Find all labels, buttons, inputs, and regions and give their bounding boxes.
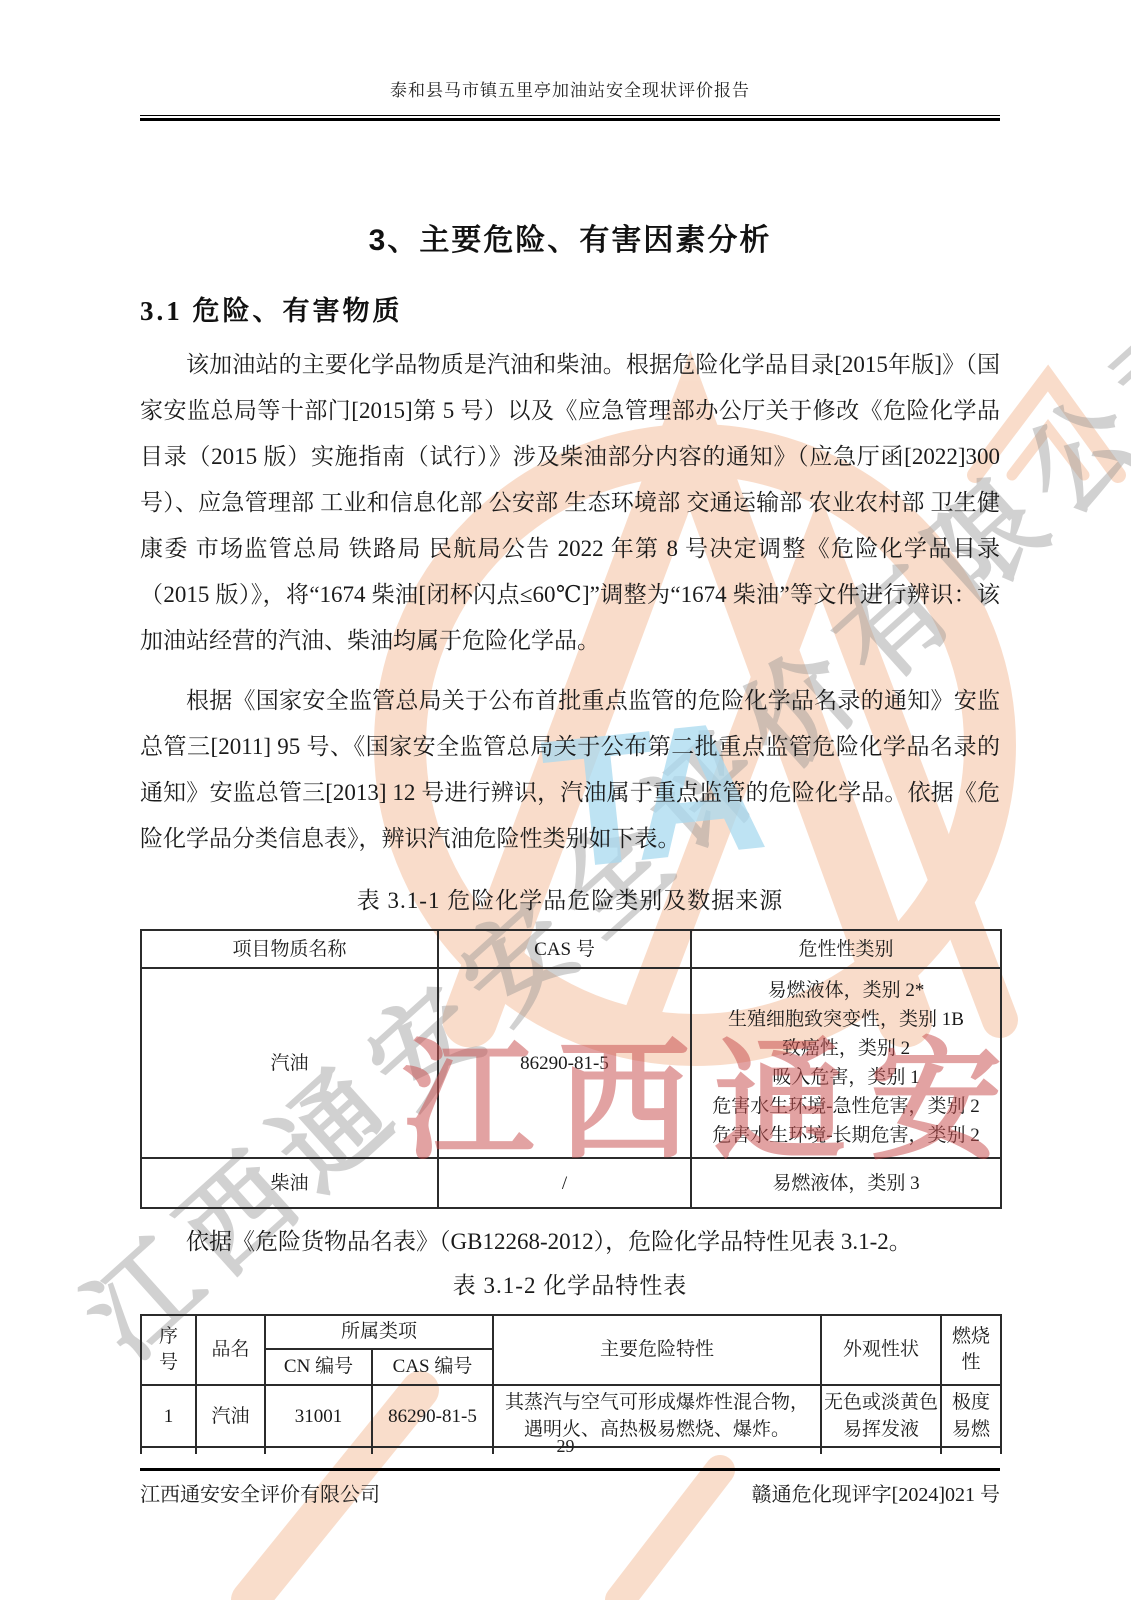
page-content: 泰和县马市镇五里亭加油站安全现状评价报告 3、主要危险、有害因素分析 3.1 危… (140, 0, 1000, 1454)
table1-caption: 表 3.1-1 危险化学品危险类别及数据来源 (140, 882, 1000, 915)
table1-header-row: 项目物质名称 CAS 号 危性性类别 (141, 930, 1001, 968)
table1-header-substance: 项目物质名称 (141, 930, 438, 968)
paragraph-3: 依据《危险货物品名表》（GB12268-2012），危险化学品特性见表 3.1-… (140, 1223, 1000, 1261)
hazard-categories: 易燃液体，类别 3 (691, 1158, 1001, 1208)
page-footer: 江西通安安全评价有限公司 赣通危化现评字[2024]021 号 (140, 1478, 1000, 1507)
table2-header-hazard: 主要危险特性 (493, 1315, 821, 1385)
table2-caption: 表 3.1-2 化学品特性表 (140, 1267, 1000, 1300)
hazard-categories: 易燃液体，类别 2* 生殖细胞致突变性，类别 1B 致癌性，类别 2 吸入危害，… (691, 968, 1001, 1158)
table-chemical-properties: 序号 品名 所属类项 主要危险特性 外观性状 燃烧性 CN 编号 CAS 编号 … (140, 1314, 1002, 1454)
paragraph-1: 该加油站的主要化学品物质是汽油和柴油。根据危险化学品目录[2015年版]》（国家… (140, 342, 1000, 664)
table2-header-cas: CAS 编号 (372, 1349, 493, 1385)
section-heading: 3.1 危险、有害物质 (140, 289, 1000, 328)
cas-number: / (438, 1158, 691, 1208)
table1-row-gasoline: 汽油 86290-81-5 易燃液体，类别 2* 生殖细胞致突变性，类别 1B … (141, 968, 1001, 1158)
table2-header-name: 品名 (196, 1315, 265, 1385)
table1-row-diesel: 柴油 / 易燃液体，类别 3 (141, 1158, 1001, 1208)
footer-doc-number: 赣通危化现评字[2024]021 号 (752, 1478, 1000, 1507)
header-rule (140, 115, 1000, 121)
table2-header-row-1: 序号 品名 所属类项 主要危险特性 外观性状 燃烧性 (141, 1315, 1001, 1349)
table2-header-appearance: 外观性状 (821, 1315, 941, 1385)
footer-company: 江西通安安全评价有限公司 (140, 1478, 380, 1507)
footer-rule (140, 1468, 1000, 1471)
page-number: 29 (0, 1436, 1131, 1457)
substance-name: 柴油 (141, 1158, 438, 1208)
table2-header-category-group: 所属类项 (265, 1315, 493, 1349)
document-page: 江西通安安全评价有限公司 TA 江西通安 泰和县马市镇五里亭加油站安全现状评价报… (0, 0, 1131, 1600)
table-hazard-categories: 项目物质名称 CAS 号 危性性类别 汽油 86290-81-5 易燃液体，类别… (140, 929, 1002, 1209)
table2-header-cn: CN 编号 (265, 1349, 372, 1385)
table1-header-cas: CAS 号 (438, 930, 691, 968)
substance-name: 汽油 (141, 968, 438, 1158)
cas-number: 86290-81-5 (438, 968, 691, 1158)
running-header-title: 泰和县马市镇五里亭加油站安全现状评价报告 (140, 0, 1000, 101)
chapter-title: 3、主要危险、有害因素分析 (140, 215, 1000, 259)
table2-header-seq: 序号 (141, 1315, 196, 1385)
table2-header-flammability: 燃烧性 (941, 1315, 1001, 1385)
paragraph-2: 根据《国家安全监管总局关于公布首批重点监管的危险化学品名录的通知》安监总管三[2… (140, 678, 1000, 862)
table1-header-hazard-class: 危性性类别 (691, 930, 1001, 968)
